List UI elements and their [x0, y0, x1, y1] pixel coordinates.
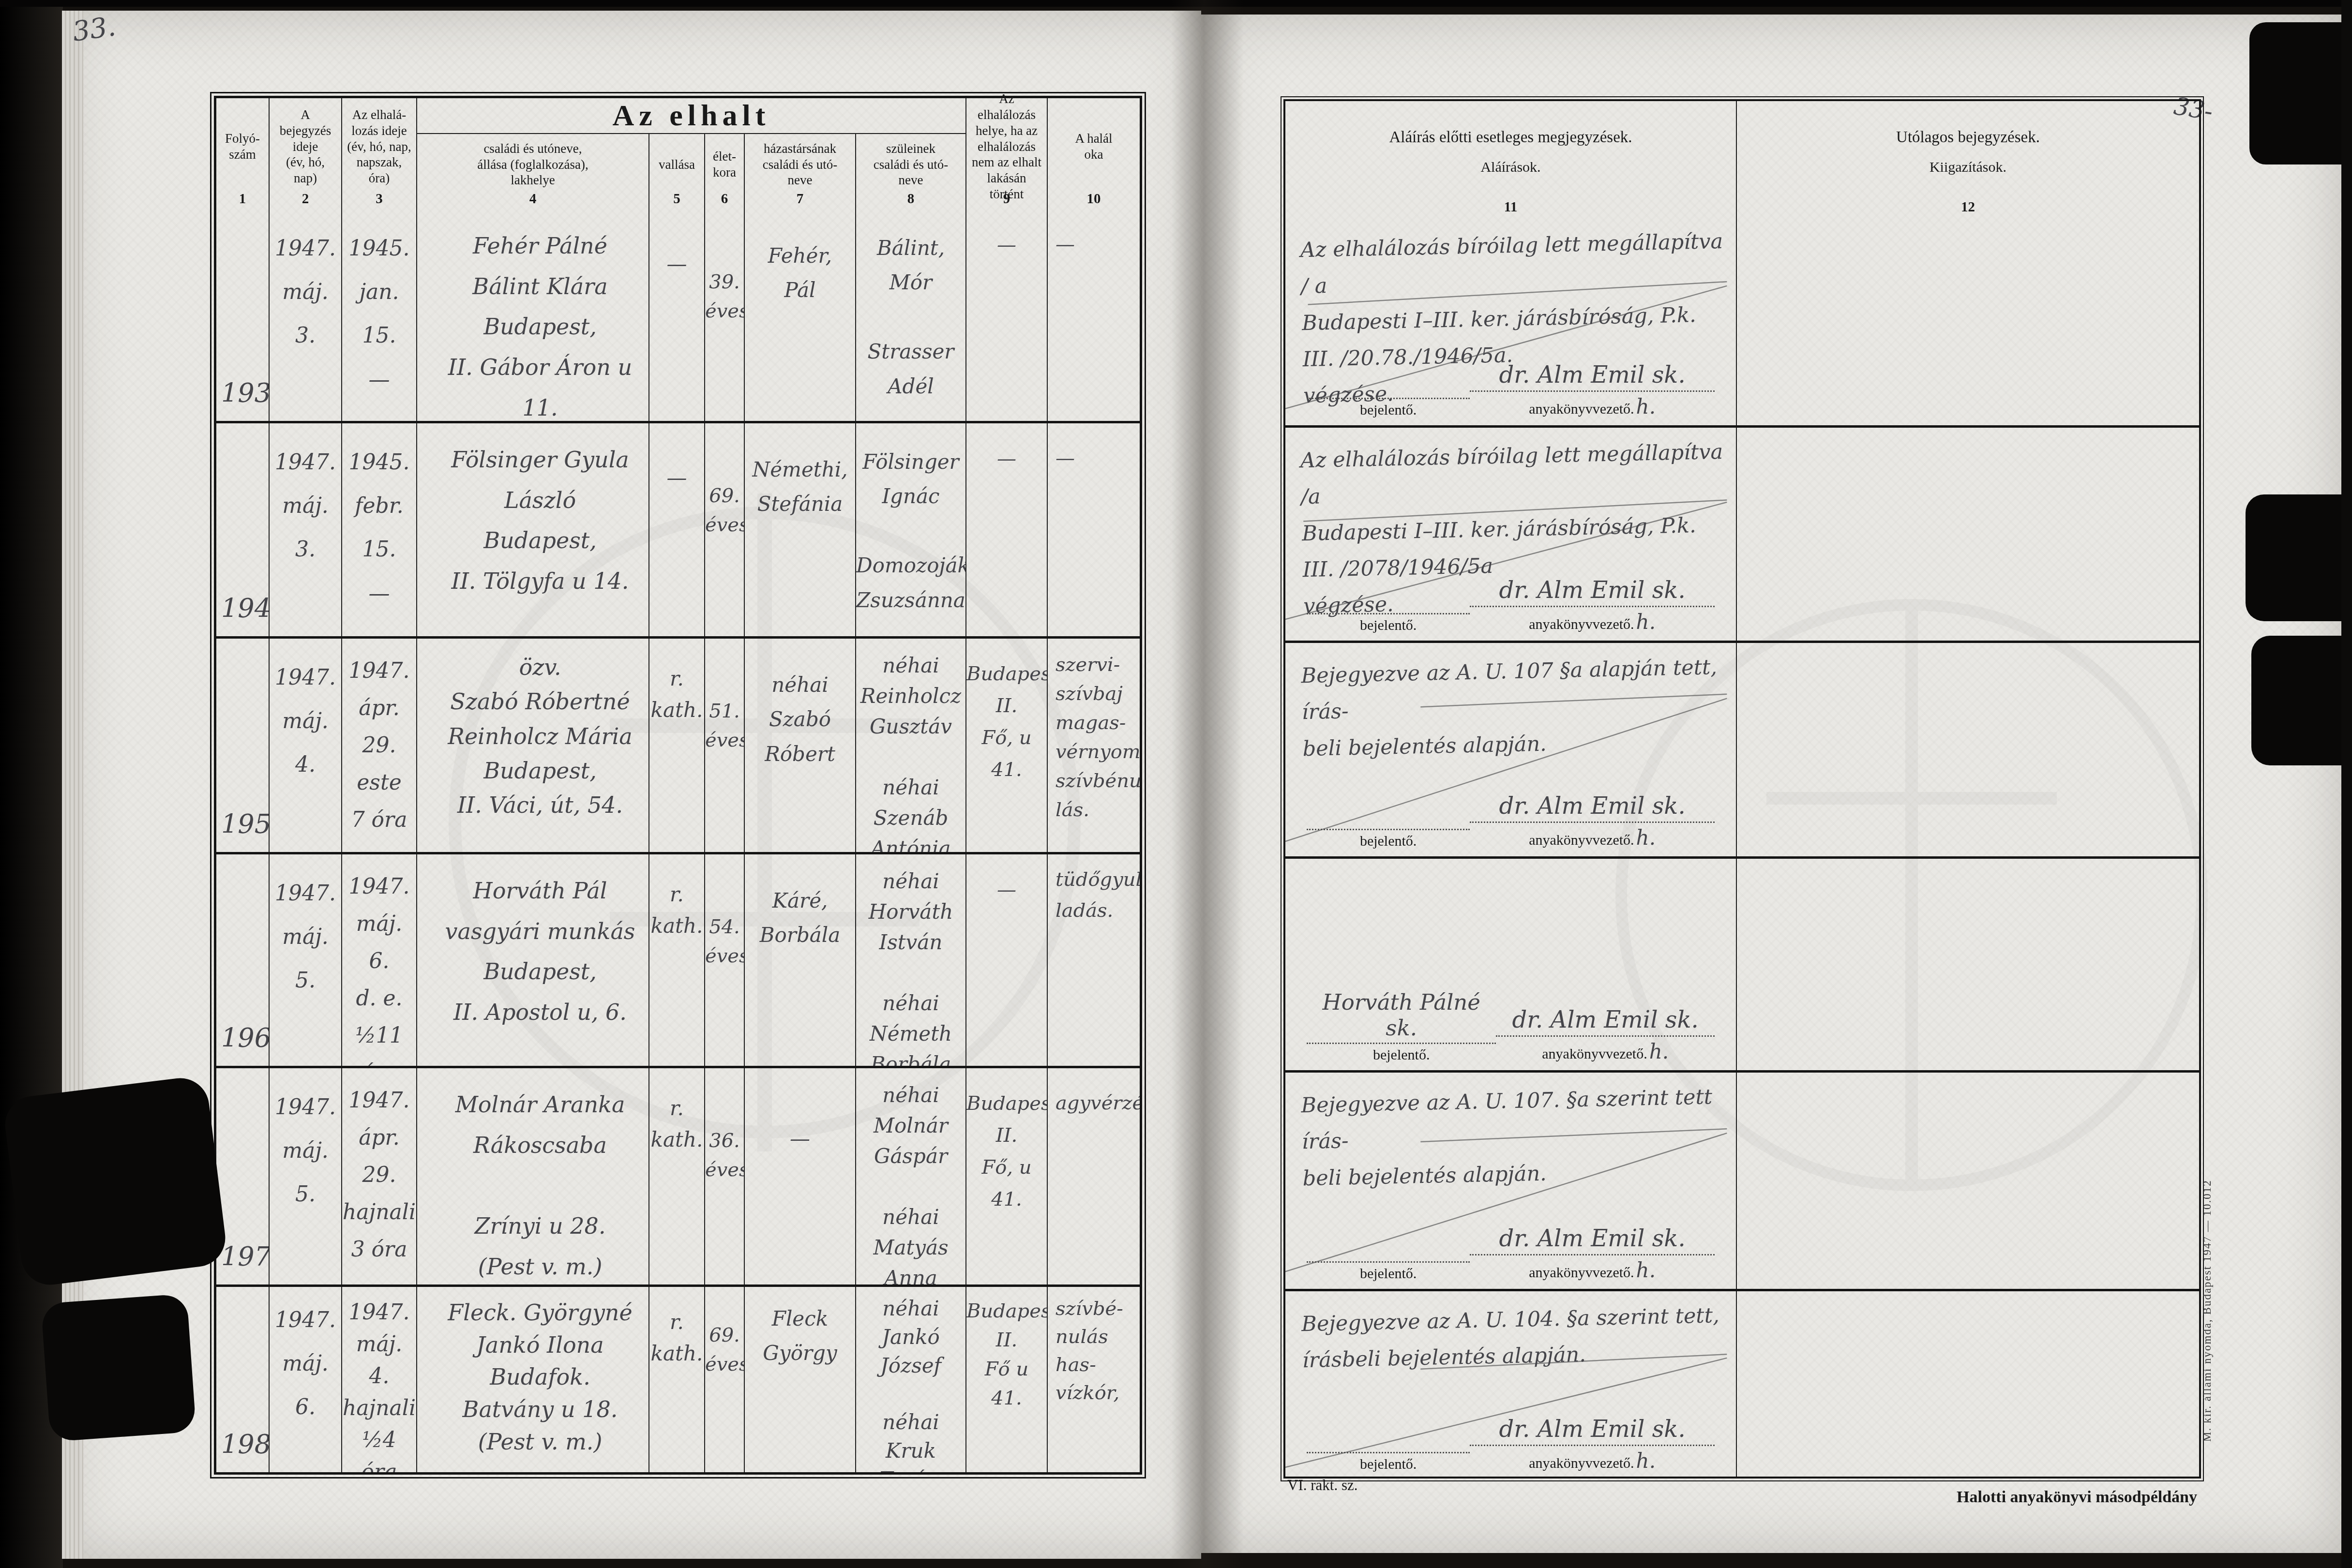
- record-number: 198.: [216, 1287, 270, 1472]
- age: 39. éves: [705, 209, 745, 421]
- death-cause: —: [1048, 423, 1140, 636]
- death-place: Budapest, II. Fő, u 41.: [966, 639, 1048, 852]
- registrar-signature: dr. Alm Emil sk.: [1470, 1416, 1715, 1443]
- registrar-block: dr. Alm Emil sk. anyakönyvvezető. h.: [1470, 361, 1715, 418]
- remark-row-198: Bejegyezve az A. U. 104. §a szerint tett…: [1285, 1289, 2199, 1477]
- age: 69. éves: [705, 423, 745, 636]
- signature-line: [1307, 612, 1470, 614]
- registration-date: 1947. máj. 5.: [270, 1068, 342, 1284]
- registrar-label-row: anyakönyvvezető. h.: [1470, 395, 1715, 418]
- header-elhalalozas-helye: Az elhalálozás helye, ha az elhalálozás …: [966, 98, 1048, 209]
- spouse-name: Fehér, Pál: [745, 209, 856, 421]
- signature-block: bejelentő. dr. Alm Emil sk. anyakönyvvez…: [1285, 792, 1736, 850]
- edge-tab-mid-right-lower: [2251, 636, 2352, 765]
- registrar-signature: dr. Alm Emil sk.: [1496, 1006, 1715, 1033]
- signature-block: bejelentő. dr. Alm Emil sk. anyakönyvvez…: [1285, 361, 1736, 418]
- remark-cell: Az elhalálozás bíróilag lett megállapítv…: [1285, 428, 1737, 641]
- deceased-name-address: Horváth Pál vasgyári munkás Budapest, II…: [417, 854, 649, 1066]
- signature-line: [1307, 1451, 1470, 1453]
- entry-note: Bejegyezve az A. U. 107 §a alapján tett,…: [1301, 649, 1728, 767]
- deceased-name-address: Fölsinger Gyula László Budapest, II. Töl…: [417, 423, 649, 636]
- deputy-mark: h.: [1649, 1040, 1669, 1063]
- religion: r. kath.: [649, 1287, 705, 1472]
- death-date: 1947. máj. 6. d. e. ½11 óra: [342, 854, 417, 1066]
- signature-block: Horváth Pálné sk. bejelentő. dr. Alm Emi…: [1285, 989, 1736, 1063]
- reporter-block: bejelentő.: [1307, 606, 1470, 634]
- header-kiigazitasok: Utólagos bejegyzések. Kiigazítások. 12: [1737, 101, 2199, 217]
- header-alairasok: Aláírás előtti esetleges megjegyzések. A…: [1285, 101, 1737, 217]
- remark-cell: Bejegyezve az A. U. 104. §a szerint tett…: [1285, 1291, 1737, 1477]
- reporter-signature: Horváth Pálné sk.: [1307, 989, 1496, 1041]
- parents-names: néhai Molnár Gáspár néhai Matyás Anna: [856, 1068, 966, 1284]
- deputy-mark: h.: [1636, 395, 1656, 418]
- registration-date: 1947. máj. 5.: [270, 854, 342, 1066]
- corrections-cell: [1737, 643, 2199, 856]
- header-hazastars-neve: házastársának családi és utó- neve 7: [745, 134, 856, 209]
- scanned-register-spread: 33. 33- Folyó- szám 1 A bejegyzés ideje …: [0, 0, 2352, 1568]
- death-place: Budapest II. Fő u 41.: [966, 1287, 1048, 1472]
- signature-line: [1307, 1042, 1496, 1044]
- registrar-label-row: anyakönyvvezető. h.: [1496, 1040, 1715, 1063]
- corrections-cell: [1737, 1291, 2199, 1477]
- reporter-block: Horváth Pálné sk. bejelentő.: [1307, 989, 1496, 1063]
- entry-note: Bejegyezve az A. U. 104. §a szerint tett…: [1301, 1298, 1727, 1379]
- registration-date: 1947. máj. 6.: [270, 1287, 342, 1472]
- record-row-193: 193. 1947. máj. 3. 1945. jan. 15. — Fehé…: [216, 209, 1140, 421]
- death-cause: szívbé- nulás has- vízkór,: [1048, 1287, 1140, 1472]
- religion: —: [649, 209, 705, 421]
- table-header: Folyó- szám 1 A bejegyzés ideje (év, hó,…: [216, 98, 1140, 209]
- age: 36. éves: [705, 1068, 745, 1284]
- reporter-block: bejelentő.: [1307, 822, 1470, 850]
- record-row-195: 195. 1947. máj. 4. 1947. ápr. 29. este 7…: [216, 636, 1140, 852]
- death-place: —: [966, 209, 1048, 421]
- parents-names: néhai Horváth István néhai Németh Borbál…: [856, 854, 966, 1066]
- death-place: —: [966, 423, 1048, 636]
- deputy-mark: h.: [1636, 826, 1656, 850]
- bejelento-label: bejelentő.: [1307, 833, 1470, 850]
- record-number: 194.: [216, 423, 270, 636]
- reporter-block: bejelentő.: [1307, 391, 1470, 418]
- death-date: 1945. jan. 15. —: [342, 209, 417, 421]
- remark-cell: Az elhalálozás bíróilag lett megállapítv…: [1285, 217, 1737, 425]
- remark-row-197: Bejegyezve az A. U. 107. §a szerint tett…: [1285, 1070, 2199, 1289]
- remark-row-193: Az elhalálozás bíróilag lett megállapítv…: [1285, 217, 2199, 425]
- corrections-cell: [1737, 1073, 2199, 1289]
- deputy-mark: h.: [1636, 1449, 1656, 1473]
- religion: r. kath.: [649, 639, 705, 852]
- religion: r. kath.: [649, 854, 705, 1066]
- record-row-198: 198. 1947. máj. 6. 1947. máj. 4. hajnali…: [216, 1284, 1140, 1472]
- header-nev-allas-lakhely: családi és utóneve, állása (foglalkozása…: [417, 134, 649, 209]
- corrections-cell: [1737, 217, 2199, 425]
- death-cause: agyvérzés: [1048, 1068, 1140, 1284]
- reporter-signature: [1307, 391, 1470, 396]
- registrar-signature: dr. Alm Emil sk.: [1470, 577, 1715, 604]
- deceased-name-address: özv. Szabó Róbertné Reinholcz Mária Buda…: [417, 639, 649, 852]
- parents-names: néhai Reinholcz Gusztáv néhai Szenáb Ant…: [856, 639, 966, 852]
- death-date: 1945. febr. 15. —: [342, 423, 417, 636]
- registrar-label-row: anyakönyvvezető. h.: [1470, 1449, 1715, 1473]
- bejelento-label: bejelentő.: [1307, 1456, 1470, 1473]
- registrar-signature: dr. Alm Emil sk.: [1470, 361, 1715, 388]
- reporter-signature: [1307, 1445, 1470, 1450]
- reporter-block: bejelentő.: [1307, 1254, 1470, 1282]
- signature-line: [1307, 397, 1470, 399]
- spouse-name: Némethi, Stefánia: [745, 423, 856, 636]
- page-number-left: 33.: [71, 11, 118, 48]
- reporter-block: bejelentő.: [1307, 1445, 1470, 1473]
- reporter-signature: [1307, 822, 1470, 827]
- header-eletkora: élet- kora 6: [705, 134, 745, 209]
- header-vallasa: vallása 5: [649, 134, 705, 209]
- registration-date: 1947. máj. 4.: [270, 639, 342, 852]
- registrar-block: dr. Alm Emil sk. anyakönyvvezető. h.: [1470, 1416, 1715, 1473]
- signature-line: [1470, 605, 1715, 607]
- registrar-label-row: anyakönyvvezető. h.: [1470, 1258, 1715, 1282]
- reporter-signature: [1307, 606, 1470, 611]
- death-place: —: [966, 854, 1048, 1066]
- header-folyoszam: Folyó- szám 1: [216, 98, 270, 209]
- registrar-label-row: anyakönyvvezető. h.: [1470, 826, 1715, 850]
- signature-block: bejelentő. dr. Alm Emil sk. anyakönyvvez…: [1285, 577, 1736, 634]
- header-bejegyzes-ideje: A bejegyzés ideje (év, hó, nap) 2: [270, 98, 342, 209]
- book-gutter-shadow: [1171, 0, 1244, 1568]
- deceased-name-address: Fleck. Györgyné Jankó Ilona Budafok. Bat…: [417, 1287, 649, 1472]
- religion: —: [649, 423, 705, 636]
- edge-tab-top-right: [2249, 22, 2352, 164]
- remarks-header: Aláírás előtti esetleges megjegyzések. A…: [1285, 101, 2199, 217]
- remark-row-194: Az elhalálozás bíróilag lett megállapítv…: [1285, 425, 2199, 641]
- remark-cell: Bejegyezve az A. U. 107 §a alapján tett,…: [1285, 643, 1737, 856]
- record-number: 195.: [216, 639, 270, 852]
- parents-names: Bálint, Mór Strasser Adél: [856, 209, 966, 421]
- bejelento-label: bejelentő.: [1307, 1047, 1496, 1063]
- registrar-label-row: anyakönyvvezető. h.: [1470, 610, 1715, 634]
- reporter-signature: [1307, 1254, 1470, 1259]
- record-number: 196.: [216, 854, 270, 1066]
- death-date: 1947. ápr. 29. este 7 óra: [342, 639, 417, 852]
- registration-date: 1947. máj. 3.: [270, 423, 342, 636]
- spouse-name: —: [745, 1068, 856, 1284]
- corrections-cell: [1737, 859, 2199, 1070]
- signature-line: [1496, 1034, 1715, 1037]
- signature-line: [1470, 821, 1715, 823]
- deputy-mark: h.: [1636, 1258, 1656, 1282]
- binding-clamp-left-lower: [41, 1294, 196, 1442]
- deputy-mark: h.: [1636, 610, 1656, 634]
- binding-clamp-left-upper: [2, 1075, 229, 1288]
- record-row-197: 197. 1947. máj. 5. 1947. ápr. 29. hajnal…: [216, 1066, 1140, 1284]
- signature-line: [1470, 1444, 1715, 1446]
- spouse-name: néhai Szabó Róbert: [745, 639, 856, 852]
- group-title-az-elhalt: Az elhalt: [417, 98, 966, 134]
- death-cause: szervi- szívbaj magas- vérnyomás szívbén…: [1048, 639, 1140, 852]
- record-row-196: 196. 1947. máj. 5. 1947. máj. 6. d. e. ½…: [216, 852, 1140, 1066]
- remark-cell: Bejegyezve az A. U. 107. §a szerint tett…: [1285, 1073, 1737, 1289]
- deceased-name-address: Molnár Aranka Rákoscsaba Zrínyi u 28. (P…: [417, 1068, 649, 1284]
- remark-row-195: Bejegyezve az A. U. 107 §a alapján tett,…: [1285, 641, 2199, 856]
- signature-line: [1470, 1253, 1715, 1255]
- signature-line: [1307, 1260, 1470, 1263]
- bejelento-label: bejelentő.: [1307, 617, 1470, 634]
- signature-line: [1307, 828, 1470, 830]
- remark-cell: Horváth Pálné sk. bejelentő. dr. Alm Emi…: [1285, 859, 1737, 1070]
- death-date: 1947. ápr. 29. hajnali 3 óra: [342, 1068, 417, 1284]
- signature-line: [1470, 389, 1715, 392]
- remarks-table: Aláírás előtti esetleges megjegyzések. A…: [1283, 99, 2201, 1478]
- record-number: 193.: [216, 209, 270, 421]
- spouse-name: Káré, Borbála: [745, 854, 856, 1066]
- death-cause: tüdőgyul- ladás.: [1048, 854, 1140, 1066]
- header-szulei-neve: szüleinek családi és utó- neve 8: [856, 134, 966, 209]
- age: 51. éves: [705, 639, 745, 852]
- edge-tab-mid-right-upper: [2246, 494, 2352, 621]
- photo-right-edge: [2341, 0, 2352, 1568]
- header-halal-oka: A halál oka 10: [1048, 98, 1140, 209]
- parents-names: Fölsinger Ignác Domozoják Zsuzsánna: [856, 423, 966, 636]
- record-row-194: 194. 1947. máj. 3. 1945. febr. 15. — Föl…: [216, 421, 1140, 636]
- registration-date: 1947. máj. 3.: [270, 209, 342, 421]
- death-date: 1947. máj. 4. hajnali ½4 óra: [342, 1287, 417, 1472]
- record-number: 197.: [216, 1068, 270, 1284]
- death-cause: —: [1048, 209, 1140, 421]
- death-place: Budapest II. Fő, u 41.: [966, 1068, 1048, 1284]
- printer-imprint: M. kir. állami nyomda, Budapest 1947 — 1…: [2201, 1103, 2214, 1442]
- registrar-block: dr. Alm Emil sk. anyakönyvvezető. h.: [1470, 577, 1715, 634]
- entry-note: Bejegyezve az A. U. 107. §a szerint tett…: [1301, 1079, 1728, 1197]
- storage-number-label: VI. rakt. sz.: [1287, 1477, 1357, 1494]
- spouse-name: Fleck György: [745, 1287, 856, 1472]
- death-register-table: Folyó- szám 1 A bejegyzés ideje (év, hó,…: [214, 96, 1142, 1475]
- age: 69. éves: [705, 1287, 745, 1472]
- age: 54. éves: [705, 854, 745, 1066]
- bejelento-label: bejelentő.: [1307, 1266, 1470, 1282]
- registrar-block: dr. Alm Emil sk. anyakönyvvezető. h.: [1496, 1006, 1715, 1063]
- signature-block: bejelentő. dr. Alm Emil sk. anyakönyvvez…: [1285, 1225, 1736, 1282]
- registrar-signature: dr. Alm Emil sk.: [1470, 1225, 1715, 1252]
- signature-block: bejelentő. dr. Alm Emil sk. anyakönyvvez…: [1285, 1416, 1736, 1473]
- religion: r. kath.: [649, 1068, 705, 1284]
- header-elhalalozas-ideje: Az elhalá- lozás ideje (év, hó, nap, nap…: [342, 98, 417, 209]
- deceased-name-address: Fehér Pálné Bálint Klára Budapest, II. G…: [417, 209, 649, 421]
- registrar-block: dr. Alm Emil sk. anyakönyvvezető. h.: [1470, 1225, 1715, 1282]
- duplicate-register-label: Halotti anyakönyvi másodpéldány: [1612, 1488, 2197, 1507]
- remark-row-196: Horváth Pálné sk. bejelentő. dr. Alm Emi…: [1285, 856, 2199, 1070]
- registrar-signature: dr. Alm Emil sk.: [1470, 792, 1715, 820]
- corrections-cell: [1737, 428, 2199, 641]
- registrar-block: dr. Alm Emil sk. anyakönyvvezető. h.: [1470, 792, 1715, 850]
- parents-names: néhai Jankó József néhai Kruk Teréz.: [856, 1287, 966, 1472]
- bejelento-label: bejelentő.: [1307, 402, 1470, 418]
